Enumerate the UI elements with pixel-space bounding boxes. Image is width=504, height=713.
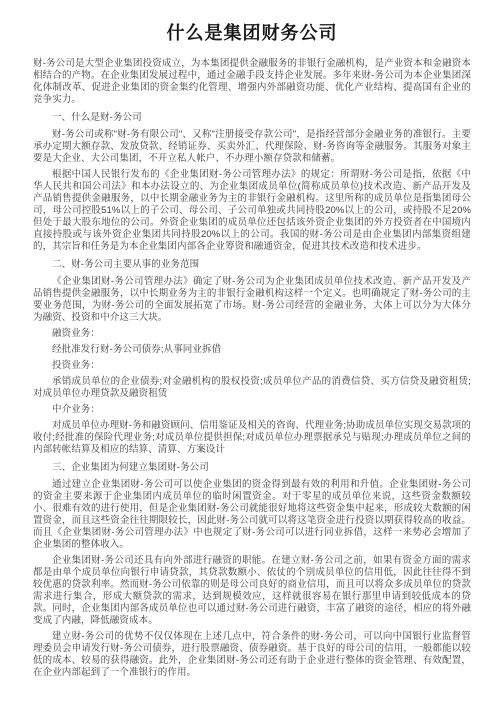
para-investment-items: 承销成员单位的企业债券;对金融机构的股权投资;成员单位产品的消费信贷、买方信贷及… (33, 376, 471, 400)
para-definition: 财-务公司或称"财-务有限公司"、又称"注册接受存款公司"，是指经营部分金融业务… (33, 129, 471, 165)
para-advantages: 建立财-务公司的优势不仅仅体现在上述几点中，符合条件的财-务公司，可以向中国银行… (33, 631, 471, 679)
label-investment-business: 投资业务： (33, 360, 471, 372)
para-capital-utilization: 通过建立企业集团财-务公司可以使企业集团的资金得到最有效的利用和升值。企业集团财… (33, 479, 471, 551)
heading-section-3: 三、企业集团为何建立集团财-务公司 (33, 462, 471, 474)
para-business-scope: 《企业集团财-务公司管理办法》确定了财-务公司为企业集团成员单位技术改造、新产品… (33, 276, 471, 324)
heading-section-1: 一、什么是财-务公司 (33, 112, 471, 124)
para-external-financing: 企业集团财-务公司还具有向外部进行融资的职能。在建立财-务公司之前，如果有资金方… (33, 555, 471, 627)
article-page: 什么是集团财务公司 财-务公司是大型企业集团投资成立，为本集团提供金融服务的非银… (0, 0, 504, 713)
para-financing-items: 经批准发行财-务公司债券;从事同业拆借 (33, 344, 471, 356)
intro-paragraph: 财-务公司是大型企业集团投资成立，为本集团提供金融服务的非银行金融机构，是产业资… (33, 58, 471, 106)
label-financing-business: 融资业务： (33, 328, 471, 340)
para-pboc-regulation: 根据中国人民银行发布的《企业集团财-务公司管理办法》的规定：所谓财-务公司是指，… (33, 169, 471, 253)
label-intermediary-business: 中介业务： (33, 404, 471, 416)
article-title: 什么是集团财务公司 (33, 22, 471, 44)
para-intermediary-items: 对成员单位办理财-务和融资顾问、信用鉴证及相关的咨询、代理业务;协助成员单位实现… (33, 420, 471, 456)
heading-section-2: 二、财-务公司主要从事的业务范围 (33, 259, 471, 271)
